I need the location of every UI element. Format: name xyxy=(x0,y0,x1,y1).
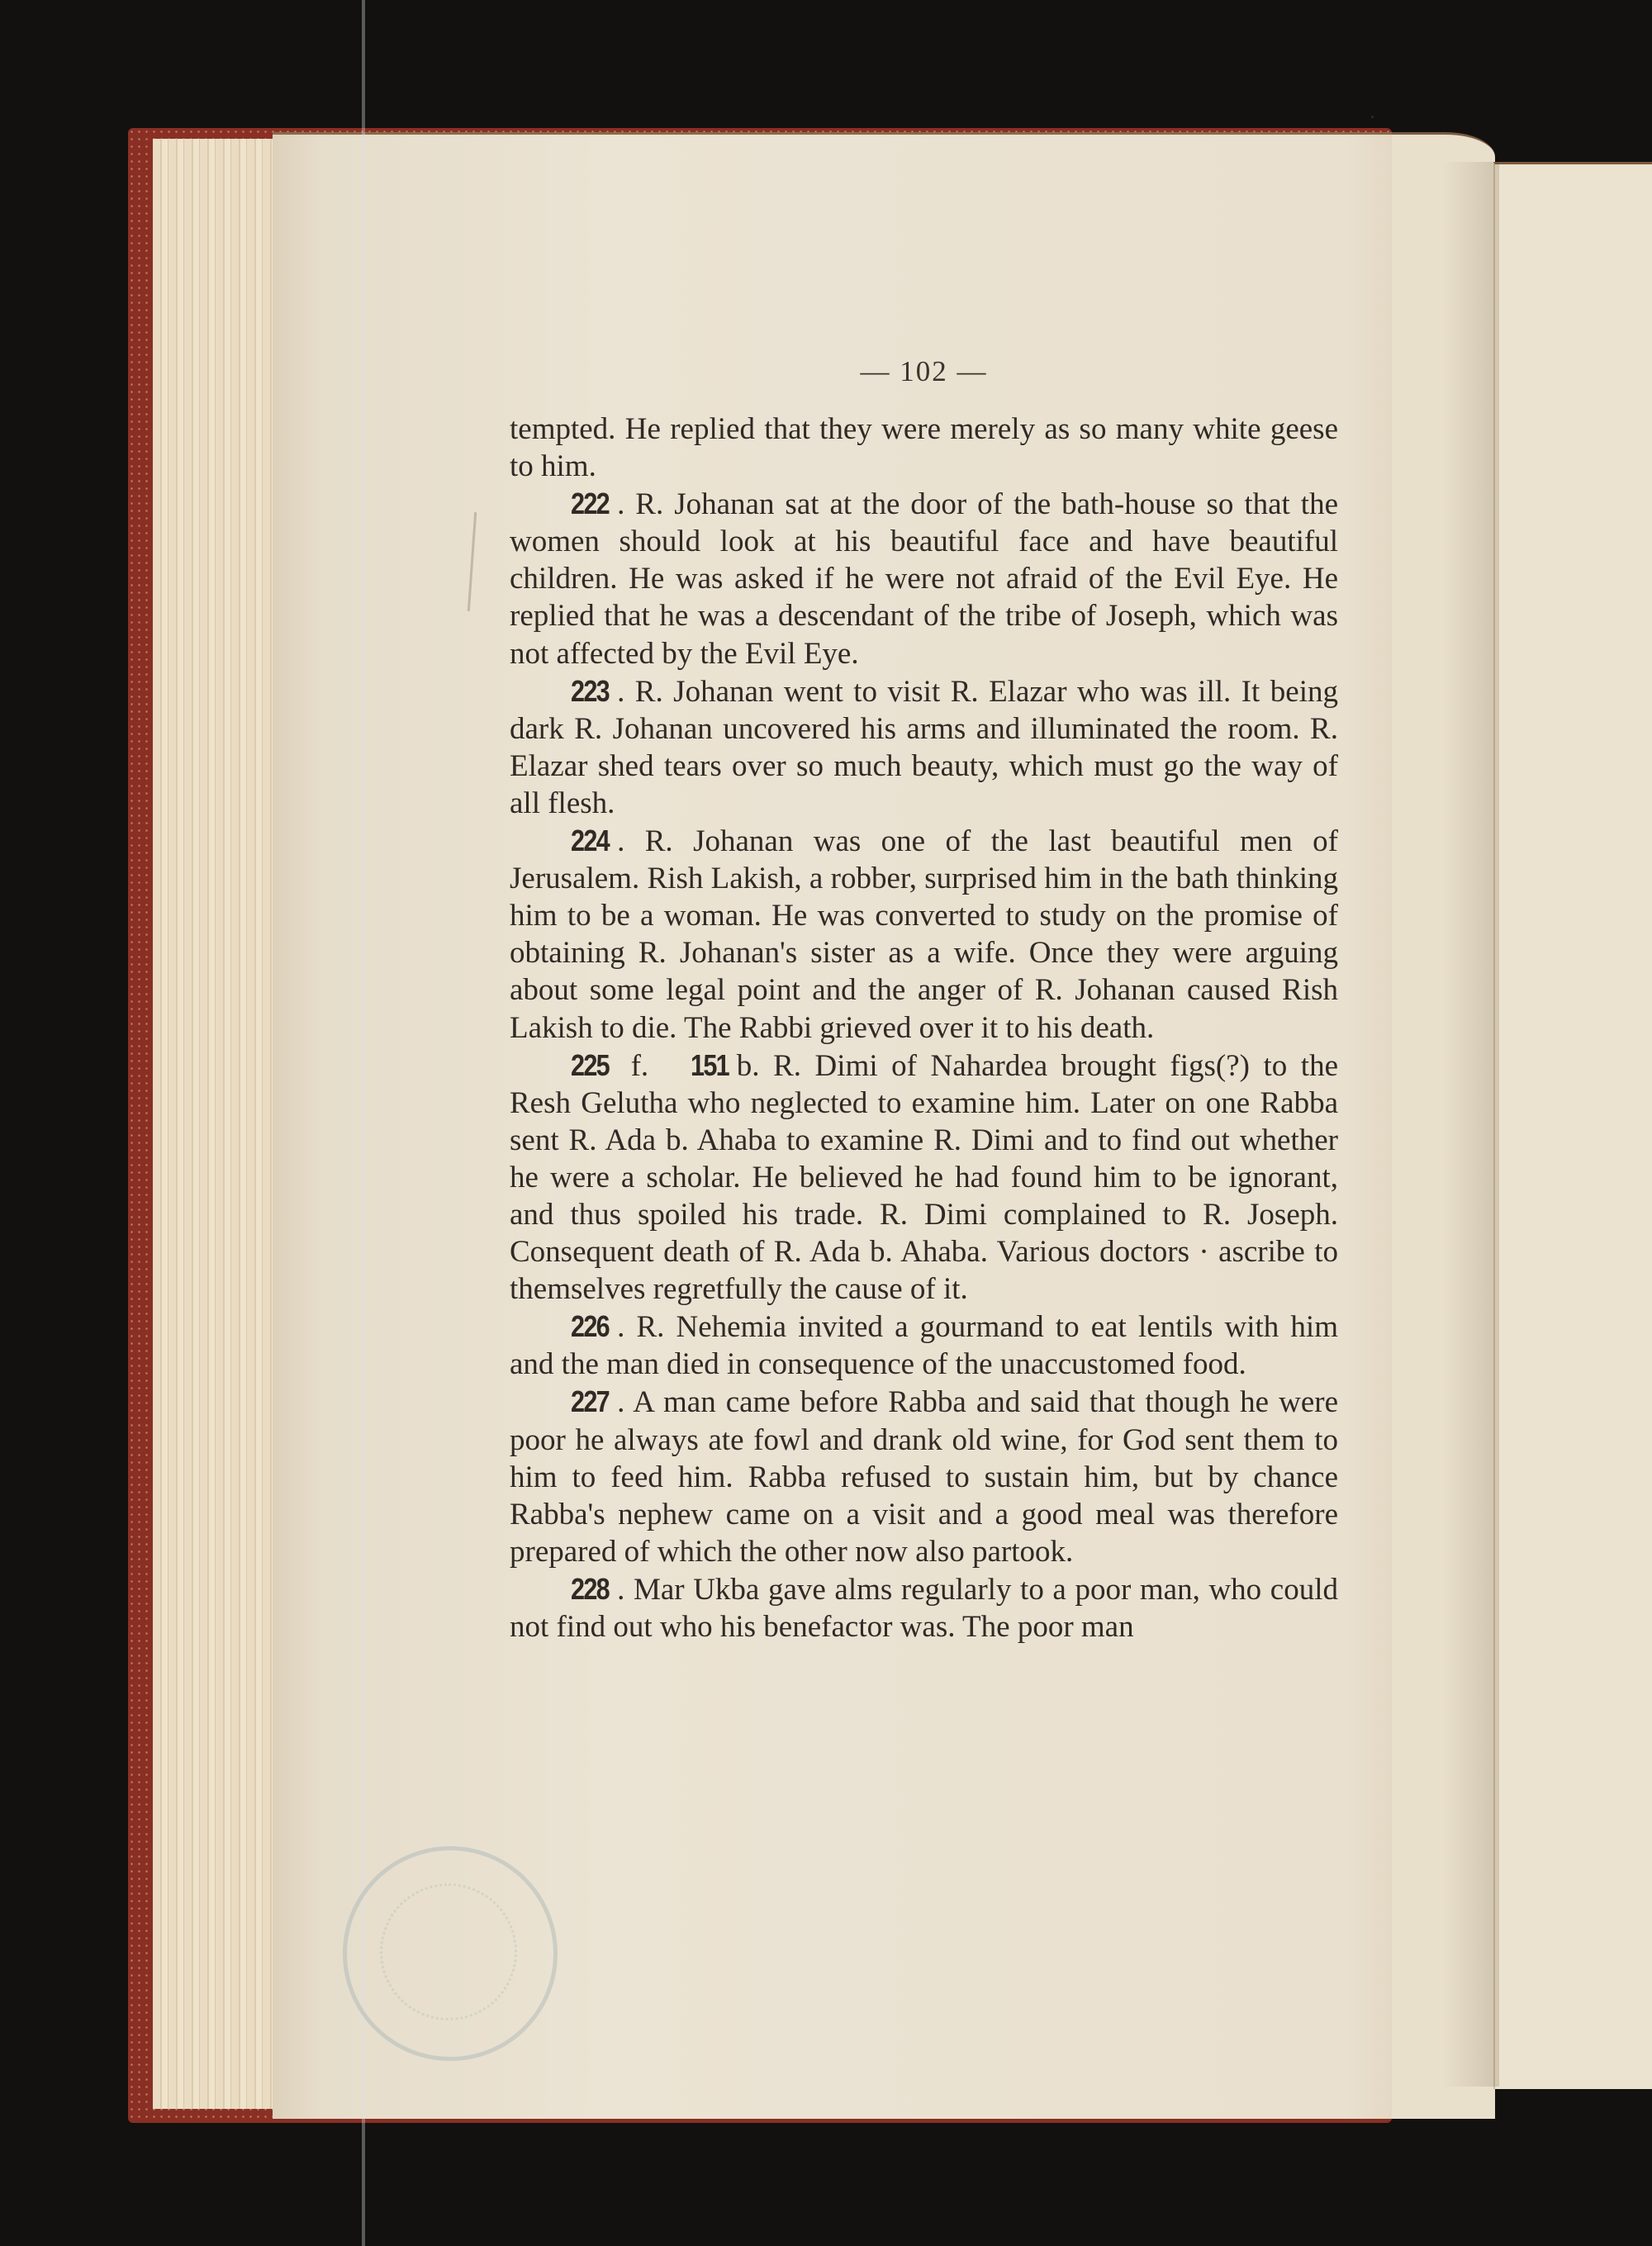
library-stamp-inner xyxy=(380,1883,517,2020)
paragraph-224: 224. R. Johanan was one of the last beau… xyxy=(510,822,1338,1047)
paragraph-text: tempted. He replied that they were merel… xyxy=(510,412,1338,483)
entry-number: 225 xyxy=(543,1047,609,1084)
paragraph-text: R. Nehemia invited a gourmand to eat len… xyxy=(510,1310,1338,1381)
body-text: tempted. He replied that they were merel… xyxy=(510,411,1338,1645)
entry-number-suffix: . xyxy=(617,1310,624,1344)
paragraph-text: R. Johanan went to visit R. Elazar who w… xyxy=(510,675,1338,820)
background-speck xyxy=(1371,116,1374,118)
paragraph-225: 225 f. 151b. R. Dimi of Nahardea brought… xyxy=(510,1047,1338,1308)
paragraph-222: 222. R. Johanan sat at the door of the b… xyxy=(510,485,1338,672)
library-stamp xyxy=(343,1846,558,2061)
folio-prefix: f. xyxy=(617,1049,662,1083)
entry-number: 224 xyxy=(543,822,609,859)
page-edges xyxy=(153,139,278,2109)
paragraph-228: 228. Mar Ukba gave alms regularly to a p… xyxy=(510,1570,1338,1645)
paragraph-226: 226. R. Nehemia invited a gourmand to ea… xyxy=(510,1308,1338,1383)
entry-number: 227 xyxy=(543,1383,609,1420)
folio-suffix: b. xyxy=(737,1049,760,1083)
paragraph-227: 227. A man came before Rabba and said th… xyxy=(510,1383,1338,1569)
paragraph-text: A man came before Rabba and said that th… xyxy=(510,1385,1338,1568)
paragraph-text: Mar Ukba gave alms regularly to a poor m… xyxy=(510,1573,1338,1644)
entry-number: 223 xyxy=(543,672,609,710)
paragraph-continuation: tempted. He replied that they were merel… xyxy=(510,411,1338,485)
entry-number: 228 xyxy=(543,1570,609,1607)
entry-number: 226 xyxy=(543,1308,609,1345)
gutter-shadow xyxy=(1441,162,1499,2087)
entry-number-suffix: . xyxy=(617,1385,624,1419)
page-number: — 102 — xyxy=(510,353,1338,390)
entry-number-suffix: . xyxy=(617,1573,624,1607)
paragraph-text: R. Johanan was one of the last beautiful… xyxy=(510,824,1338,1044)
entry-number-suffix: . xyxy=(617,487,624,521)
entry-number-suffix: . xyxy=(617,675,624,709)
paragraph-text: R. Johanan sat at the door of the bath-h… xyxy=(510,487,1338,670)
folio-number: 151 xyxy=(662,1047,729,1084)
entry-number-suffix: . xyxy=(617,824,624,858)
entry-number: 222 xyxy=(543,485,609,522)
paragraph-223: 223. R. Johanan went to visit R. Elazar … xyxy=(510,672,1338,822)
paragraph-text: R. Dimi of Nahardea brought figs(?) to t… xyxy=(510,1049,1338,1307)
facing-page xyxy=(1493,162,1652,2089)
